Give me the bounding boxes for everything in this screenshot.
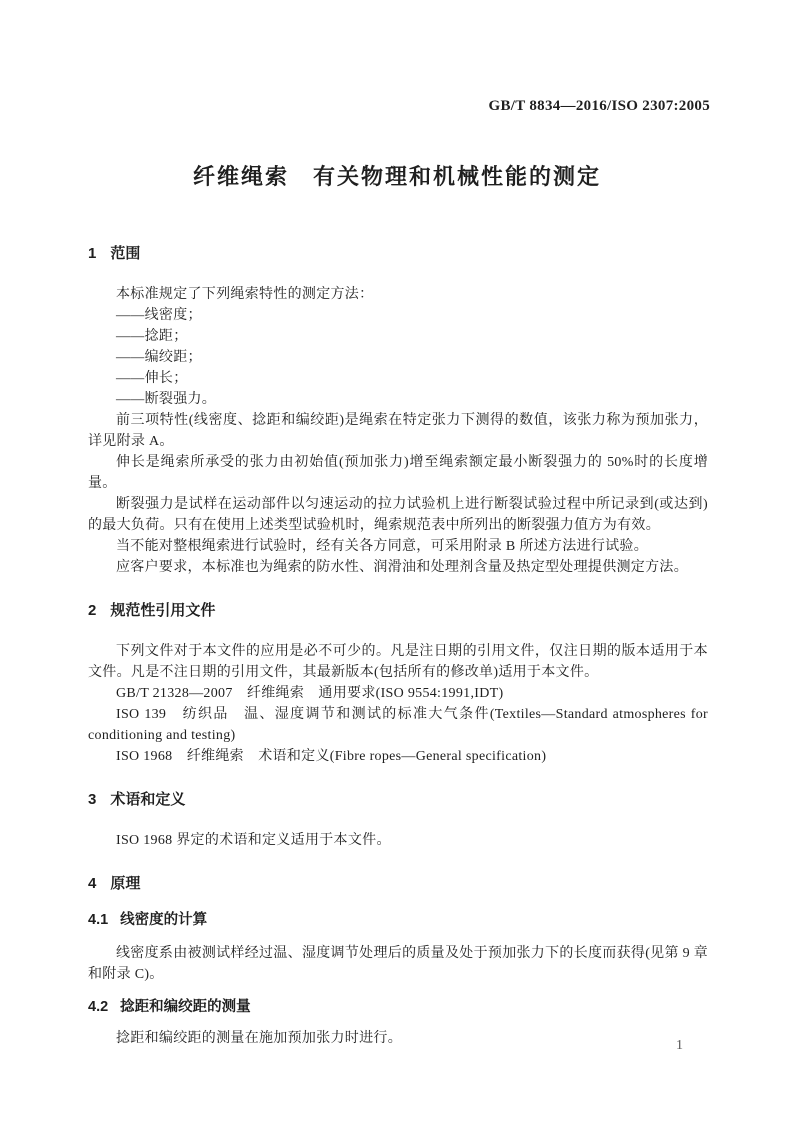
list-item-elongation: ——伸长； — [88, 368, 708, 389]
page-number: 1 — [676, 1038, 683, 1054]
document-body: 1范围 本标准规定了下列绳索特性的测定方法： ——线密度； ——捻距； ——编绞… — [88, 243, 708, 1049]
section-1-paragraph: 前三项特性(线密度、捻距和编绞距)是绳索在特定张力下测得的数值，该张力称为预加张… — [88, 410, 708, 452]
section-3-paragraph: ISO 1968 界定的术语和定义适用于本文件。 — [88, 830, 708, 851]
document-title: 纤维绳索 有关物理和机械性能的测定 — [0, 160, 794, 191]
section-1-intro-paragraph: 本标准规定了下列绳索特性的测定方法： — [88, 284, 708, 305]
section-4-1-heading: 4.1线密度的计算 — [88, 910, 708, 931]
section-4-2-paragraph: 捻距和编绞距的测量在施加预加张力时进行。 — [88, 1028, 708, 1049]
section-4-heading: 4原理 — [88, 873, 708, 894]
section-4-1-number: 4.1 — [88, 910, 108, 931]
section-2-heading: 2规范性引用文件 — [88, 600, 708, 621]
section-1-paragraph: 伸长是绳索所承受的张力由初始值(预加张力)增至绳索额定最小断裂强力的 50%时的… — [88, 452, 708, 494]
normative-reference: GB/T 21328—2007 纤维绳索 通用要求(ISO 9554:1991,… — [88, 683, 708, 704]
section-4-1-title: 线密度的计算 — [120, 912, 207, 928]
section-4-title: 原理 — [110, 875, 140, 892]
list-item-breaking-force: ——断裂强力。 — [88, 389, 708, 410]
standard-number: GB/T 8834—2016/ISO 2307:2005 — [489, 98, 710, 115]
section-1-title: 范围 — [110, 245, 140, 262]
section-4-2-heading: 4.2捻距和编绞距的测量 — [88, 997, 708, 1018]
section-4-2-title: 捻距和编绞距的测量 — [120, 999, 251, 1015]
section-1-heading: 1范围 — [88, 243, 708, 264]
normative-reference: ISO 1968 纤维绳索 术语和定义(Fibre ropes—General … — [88, 746, 708, 767]
section-4-2-number: 4.2 — [88, 997, 108, 1018]
section-4-number: 4 — [88, 873, 96, 894]
document-page: GB/T 8834—2016/ISO 2307:2005 纤维绳索 有关物理和机… — [0, 0, 794, 1122]
section-2-number: 2 — [88, 600, 96, 621]
section-3-title: 术语和定义 — [110, 791, 185, 808]
list-item-braid-pitch: ——编绞距； — [88, 347, 708, 368]
section-2-title: 规范性引用文件 — [110, 602, 215, 619]
section-1-paragraph: 当不能对整根绳索进行试验时，经有关各方同意，可采用附录 B 所述方法进行试验。 — [88, 536, 708, 557]
list-item-linear-density: ——线密度； — [88, 305, 708, 326]
section-4-1-paragraph: 线密度系由被测试样经过温、湿度调节处理后的质量及处于预加张力下的长度而获得(见第… — [88, 943, 708, 985]
list-item-lay-length: ——捻距； — [88, 326, 708, 347]
normative-reference: ISO 139 纺织品 温、湿度调节和测试的标准大气条件(Textiles—St… — [88, 704, 708, 746]
section-1-paragraph: 应客户要求，本标准也为绳索的防水性、润滑油和处理剂含量及热定型处理提供测定方法。 — [88, 557, 708, 578]
section-1-paragraph: 断裂强力是试样在运动部件以匀速运动的拉力试验机上进行断裂试验过程中所记录到(或达… — [88, 494, 708, 536]
section-2-paragraph: 下列文件对于本文件的应用是必不可少的。凡是注日期的引用文件，仅注日期的版本适用于… — [88, 641, 708, 683]
section-1-number: 1 — [88, 243, 96, 264]
section-3-heading: 3术语和定义 — [88, 789, 708, 810]
section-3-number: 3 — [88, 789, 96, 810]
